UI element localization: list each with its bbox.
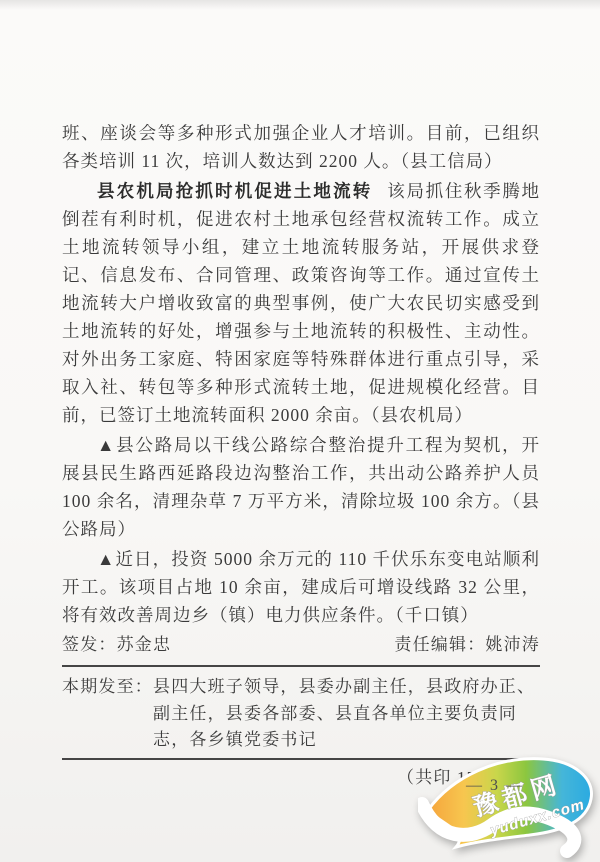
editor-name: 姚沛涛 xyxy=(485,635,540,654)
issuer-name: 苏金忠 xyxy=(117,635,172,654)
page-number: — 3 — xyxy=(440,777,550,795)
paragraph-highway-bureau: ▲县公路局以干线公路综合整治提升工程为契机，开展县民生路西延路段边沟整治工作，共… xyxy=(62,431,540,543)
watermark-swoosh-icon: 豫都网 yuduxx.com xyxy=(418,748,600,862)
paragraph-land-transfer: 县农机局抢抓时机促进土地流转该局抓住秋季腾地倒茬有利时机，促进农村土地承包经营权… xyxy=(62,177,540,429)
document-body: 班、座谈会等多种形式加强企业人才培训。目前，已组织各类培训 11 次，培训人数达… xyxy=(62,119,540,629)
distribution-label: 本期发至： xyxy=(62,674,153,701)
distribution-text: 县四大班子领导，县委办副主任，县政府办正、副主任，县委各部委、县直各单位主要负责… xyxy=(153,674,540,754)
footer-divider-top xyxy=(62,665,540,667)
paragraph-text: 该局抓住秋季腾地倒茬有利时机，促进农村土地承包经营权流转工作。成立土地流转领导小… xyxy=(62,181,540,425)
paragraph-substation: ▲近日，投资 5000 余万元的 110 千伏乐东变电站顺利开工。该项目占地 1… xyxy=(62,545,540,629)
scan-top-shadow xyxy=(0,0,600,10)
paragraph-text: 班、座谈会等多种形式加强企业人才培训。目前，已组织各类培训 11 次，培训人数达… xyxy=(62,123,540,171)
editor: 责任编辑：姚沛涛 xyxy=(394,631,540,658)
issuer: 签发：苏金忠 xyxy=(62,631,171,658)
distribution-row: 本期发至： 县四大班子领导，县委办副主任，县政府办正、副主任，县委各部委、县直各… xyxy=(62,674,540,754)
issuer-label: 签发： xyxy=(62,635,117,654)
paragraph-text: ▲近日，投资 5000 余万元的 110 千伏乐东变电站顺利开工。该项目占地 1… xyxy=(62,549,540,625)
scanned-bulletin-page: { "body": { "paragraphs": [ { "text": "班… xyxy=(0,0,600,862)
signoff-row: 签发：苏金忠 责任编辑：姚沛涛 xyxy=(62,631,540,658)
editor-label: 责任编辑： xyxy=(394,635,485,654)
paragraph-enterprise-training: 班、座谈会等多种形式加强企业人才培训。目前，已组织各类培训 11 次，培训人数达… xyxy=(62,119,540,175)
paragraph-bold-lead: 县农机局抢抓时机促进土地流转 xyxy=(97,181,372,201)
paragraph-text: ▲县公路局以干线公路综合整治提升工程为契机，开展县民生路西延路段边沟整治工作，共… xyxy=(62,435,540,539)
watermark: 豫都网 yuduxx.com xyxy=(418,748,600,862)
